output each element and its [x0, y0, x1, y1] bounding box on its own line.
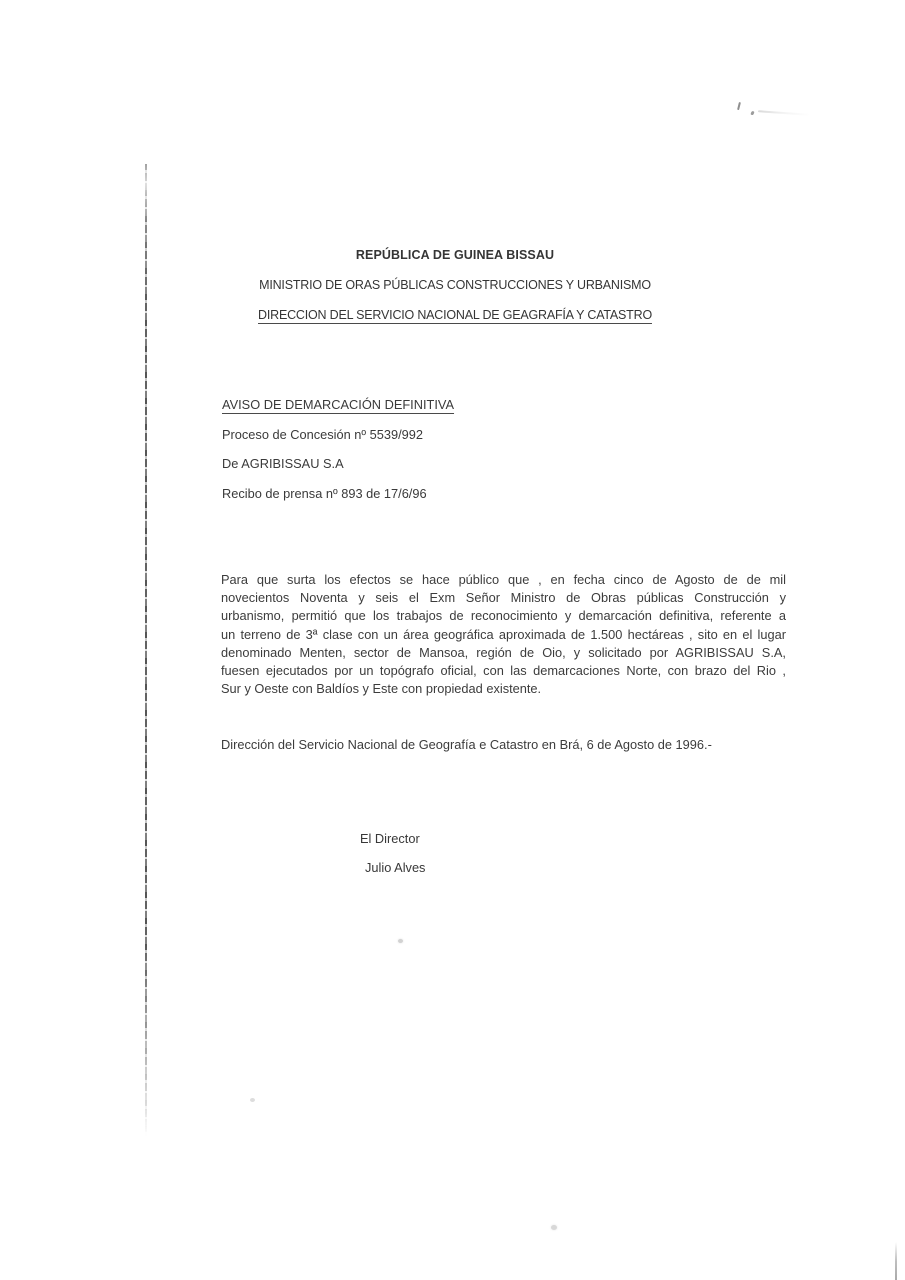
notice-process-number: Proceso de Concesión nº 5539/992: [222, 427, 423, 442]
body-line: Para que surta los efectos se hace públi…: [221, 571, 786, 589]
scan-artifact-tick-mark: [737, 102, 740, 110]
body-line: novecientos Noventa y seis el Exm Señor …: [221, 589, 786, 607]
body-paragraph: Para que surta los efectos se hace públi…: [221, 571, 786, 698]
header-republic-title: REPÚBLICA DE GUINEA BISSAU: [10, 248, 900, 262]
header-ministry-title: MINISTRIO DE ORAS PÚBLICAS CONSTRUCCIONE…: [10, 278, 900, 292]
scan-artifact-speck: [551, 1225, 557, 1230]
scan-artifact-comma-mark: [750, 111, 754, 116]
signature-role: El Director: [360, 831, 420, 846]
body-line: un terreno de 3ª clase con un área geogr…: [221, 626, 786, 644]
scan-artifact-right-edge-line: [895, 1242, 897, 1280]
notice-company-name: De AGRIBISSAU S.A: [222, 456, 344, 471]
closing-date-line: Dirección del Servicio Nacional de Geogr…: [221, 737, 712, 752]
body-line: fuesen ejecutados por un topógrafo ofici…: [221, 662, 786, 680]
header-direction-title: DIRECCION DEL SERVICIO NACIONAL DE GEAGR…: [10, 308, 900, 322]
signature-name: Julio Alves: [365, 860, 425, 875]
notice-heading: AVISO DE DEMARCACIÓN DEFINITIVA: [222, 397, 454, 412]
body-line: denominado Menten, sector de Mansoa, reg…: [221, 644, 786, 662]
notice-press-receipt: Recibo de prensa nº 893 de 17/6/96: [222, 486, 427, 501]
body-line: urbanismo, permitió que los trabajos de …: [221, 607, 786, 625]
scan-artifact-speck: [250, 1098, 255, 1102]
scan-artifact-speck: [398, 939, 403, 943]
scanned-document-page: REPÚBLICA DE GUINEA BISSAU MINISTRIO DE …: [0, 0, 905, 1280]
scan-artifact-smudge: [758, 110, 810, 116]
body-line: Sur y Oeste con Baldíos y Este con propi…: [221, 680, 786, 698]
